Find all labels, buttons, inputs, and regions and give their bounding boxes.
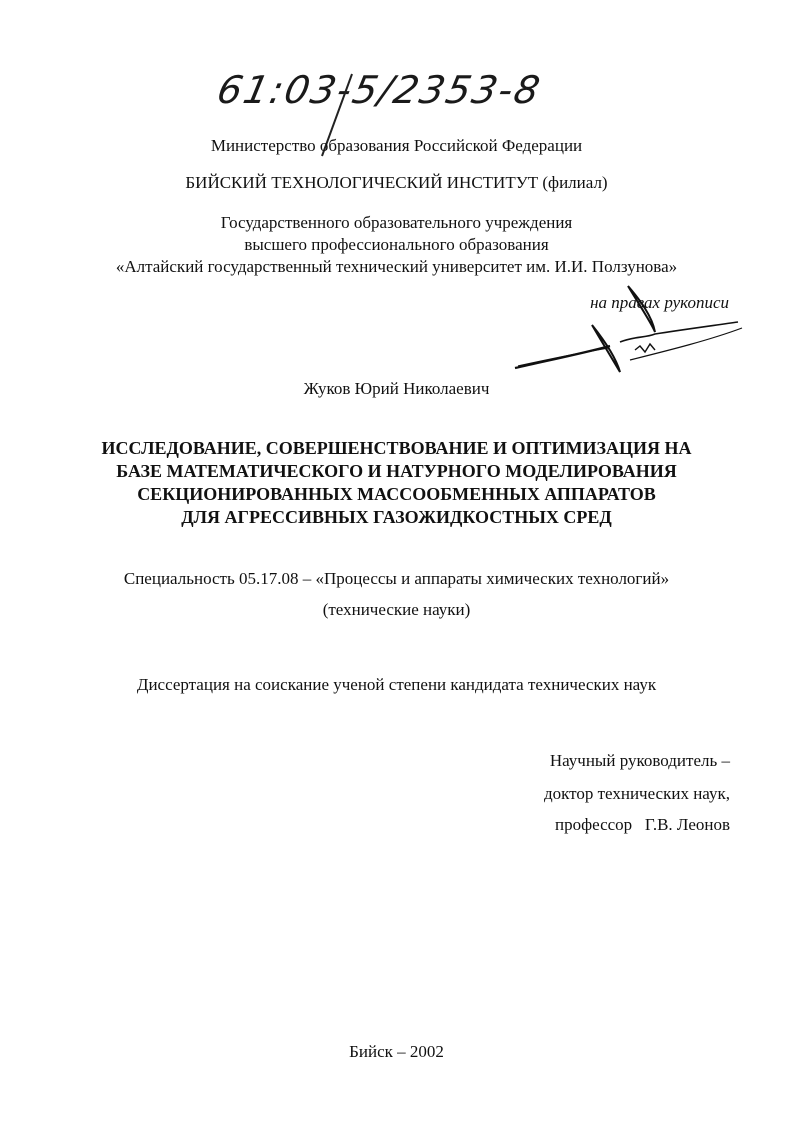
parent-org-line-2: высшего профессионального образования [0,235,793,255]
signature-scribble [480,280,760,380]
supervisor-line-1: Научный руководитель – [550,751,730,771]
institute-line: БИЙСКИЙ ТЕХНОЛОГИЧЕСКИЙ ИНСТИТУТ (филиал… [0,173,793,193]
parent-org-line-1: Государственного образовательного учрежд… [0,213,793,233]
dissertation-type-line: Диссертация на соискание ученой степени … [0,675,793,695]
thesis-title-line-1: ИССЛЕДОВАНИЕ, СОВЕРШЕНСТВОВАНИЕ И ОПТИМИ… [0,437,793,460]
specialty-line: Специальность 05.17.08 – «Процессы и апп… [0,569,793,589]
science-field-line: (технические науки) [0,600,793,620]
thesis-title-line-3: СЕКЦИОНИРОВАННЫХ МАССООБМЕННЫХ АППАРАТОВ [0,483,793,506]
ministry-line: Министерство образования Российской Феде… [0,136,793,156]
thesis-title-line-2: БАЗЕ МАТЕМАТИЧЕСКОГО И НАТУРНОГО МОДЕЛИР… [0,460,793,483]
author-name: Жуков Юрий Николаевич [0,379,793,399]
archive-number-handwritten: 61:03-5/2353-8 [213,68,545,112]
parent-org-line-3: «Алтайский государственный технический у… [0,257,793,277]
city-year-line: Бийск – 2002 [0,1042,793,1062]
supervisor-line-3: профессор Г.В. Леонов [555,815,730,835]
thesis-title-line-4: ДЛЯ АГРЕССИВНЫХ ГАЗОЖИДКОСТНЫХ СРЕД [0,506,793,529]
supervisor-line-2: доктор технических наук, [544,784,730,804]
